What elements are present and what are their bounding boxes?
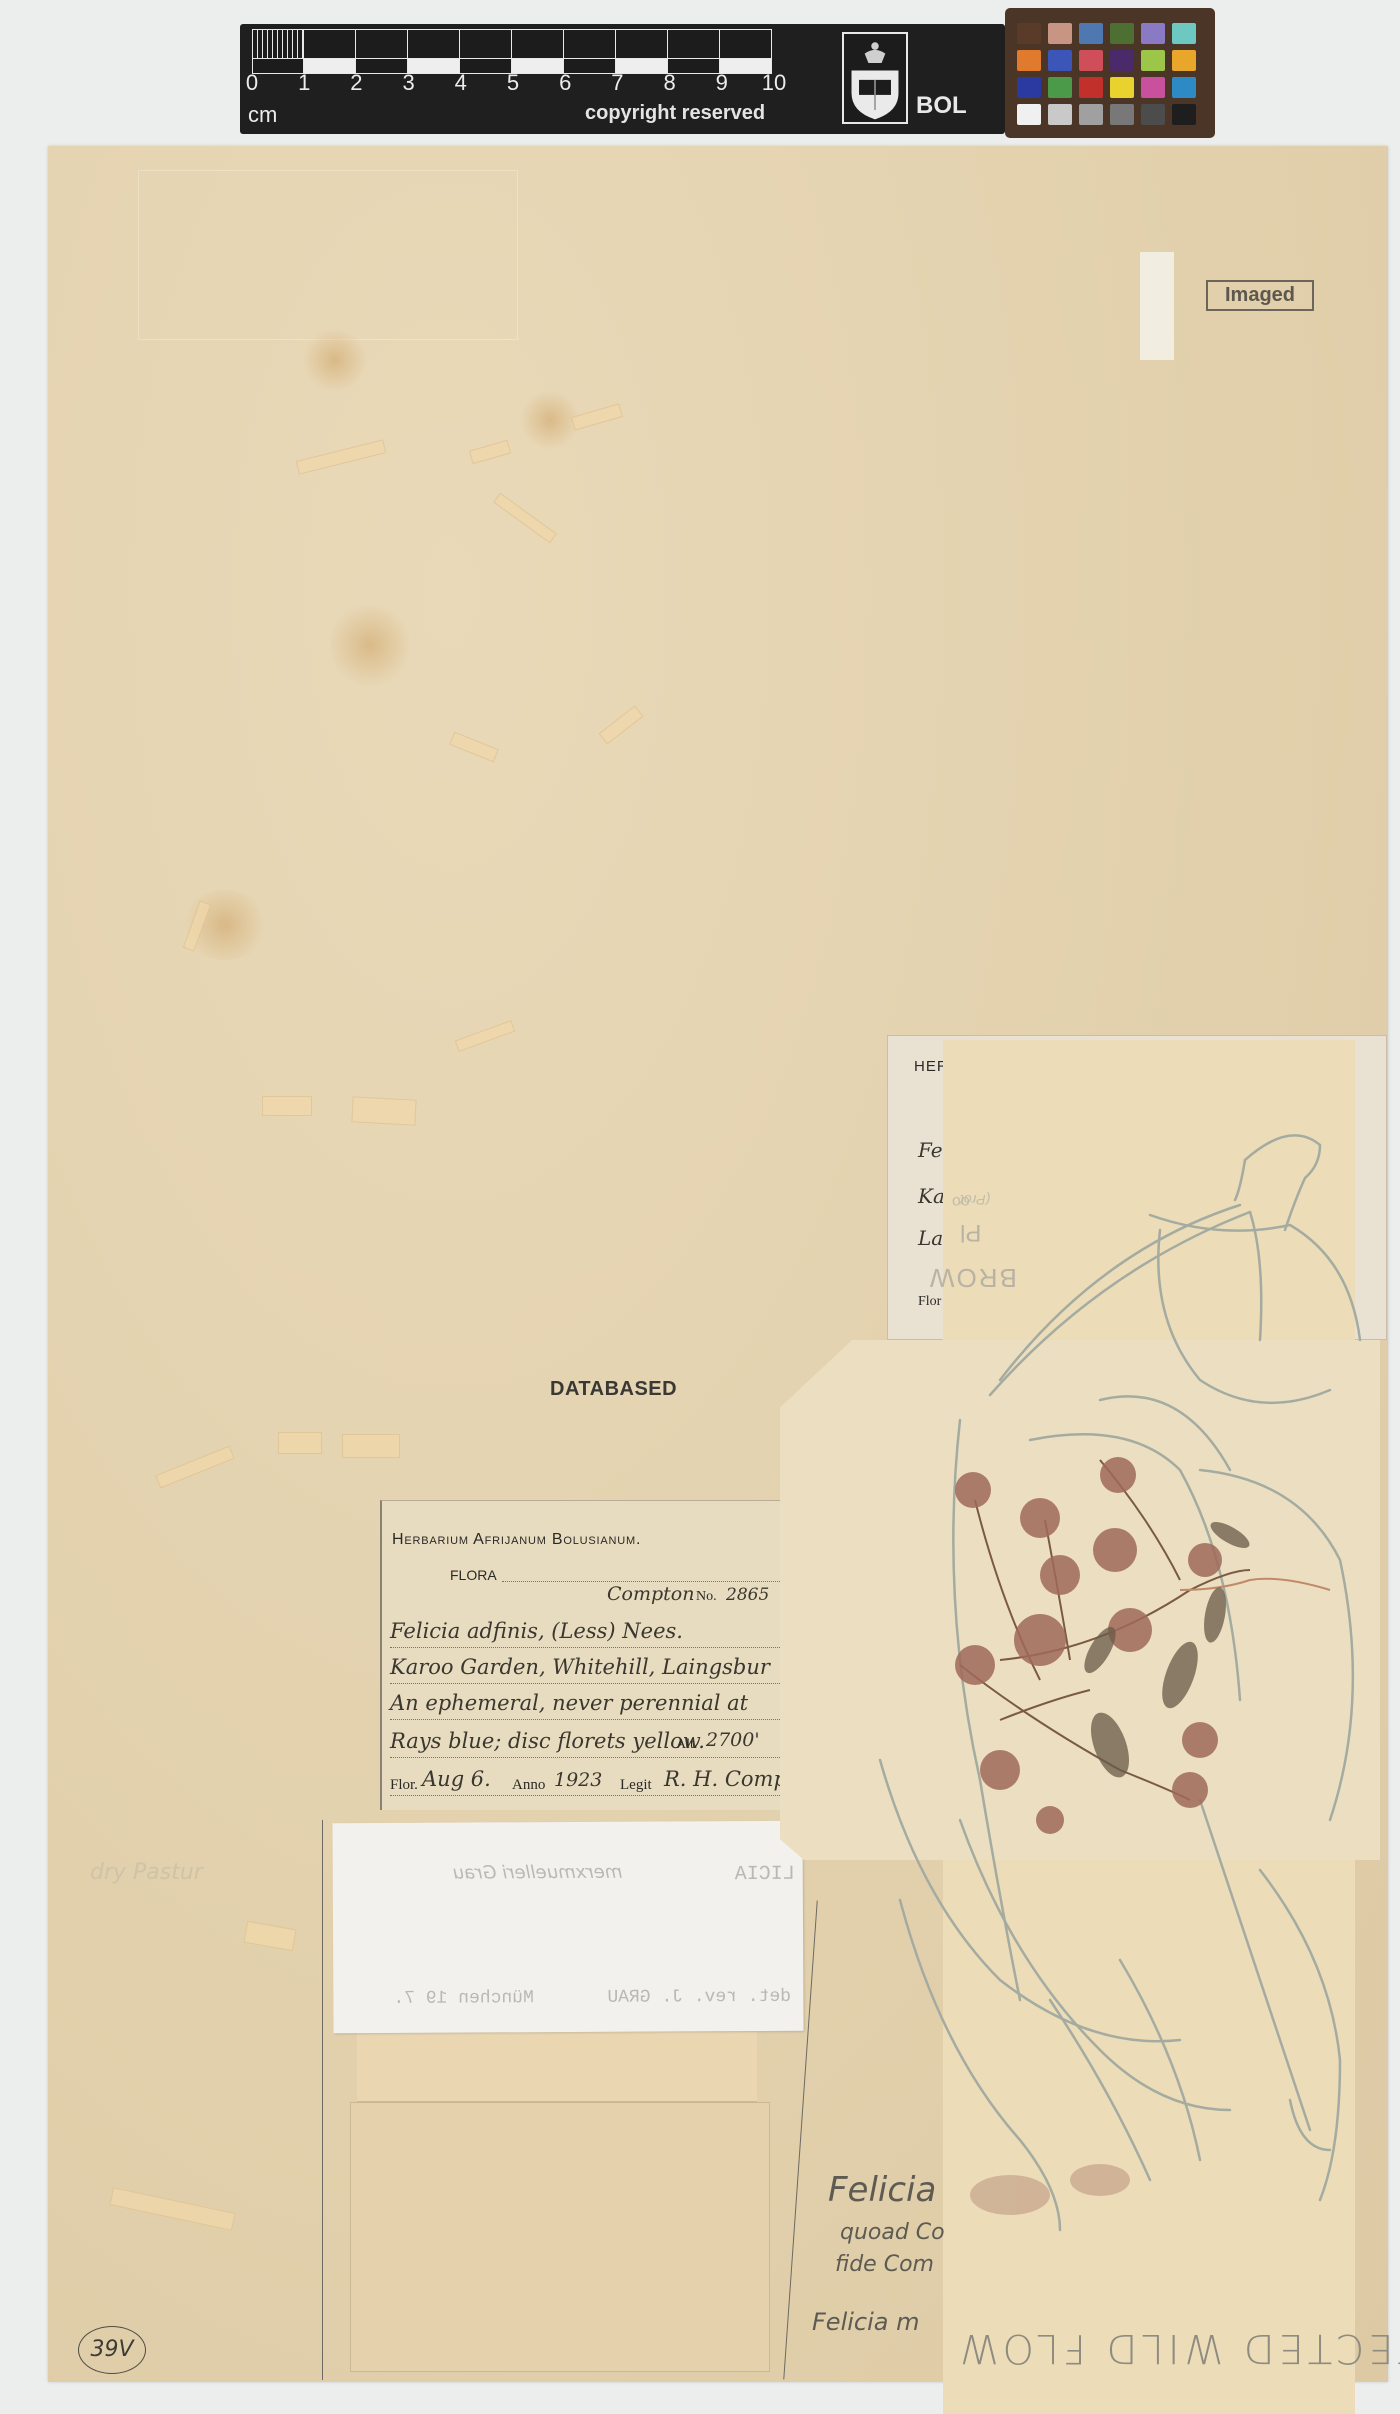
color-checker-card <box>1005 8 1215 138</box>
mirrored-epithet: merxmuelleri Grau <box>453 1862 623 1884</box>
flowering-date: Aug 6. <box>422 1767 491 1791</box>
altitude-value: 2700' <box>706 1729 760 1751</box>
tick-label: 0 <box>246 70 258 96</box>
habit-notes: An ephemeral, never perennial at <box>390 1691 748 1715</box>
color-swatch <box>1141 23 1165 44</box>
color-swatch <box>1141 50 1165 71</box>
color-swatch <box>1141 77 1165 98</box>
color-swatch <box>1110 77 1134 98</box>
databased-stamp: DATABASED <box>550 1378 677 1401</box>
university-crest-icon <box>842 32 908 124</box>
mounting-tape <box>342 1434 400 1458</box>
color-swatch <box>1079 77 1103 98</box>
tick-label: 3 <box>402 70 414 96</box>
faint-mount-outline <box>138 170 518 340</box>
determination-label-munich: LICIA merxmuelleri Grau München 19 7. de… <box>332 1821 803 2033</box>
color-swatch <box>1079 104 1103 125</box>
tape-strip <box>1140 252 1174 360</box>
dotted-line <box>390 1719 790 1720</box>
legit-label: Legit <box>620 1777 652 1794</box>
tick-label: 9 <box>716 70 728 96</box>
description: Rays blue; disc florets yellow. <box>390 1729 705 1753</box>
tick-label: 10 <box>762 70 786 96</box>
color-swatch <box>1172 77 1196 98</box>
ruler-tick-labels: 012345678910 <box>246 70 806 94</box>
cm-ruler <box>252 29 774 75</box>
collector-name-handwritten: Compton <box>607 1583 694 1605</box>
flor-label: Flor. <box>390 1777 418 1794</box>
dotted-line <box>390 1757 790 1758</box>
stain <box>300 330 370 390</box>
color-swatch <box>1048 104 1072 125</box>
faint-pencil-note: dry Pastur <box>90 1860 203 1885</box>
pencil-determination: Felicia m <box>812 2308 919 2336</box>
collection-year: 1923 <box>554 1769 602 1791</box>
unit-label: cm <box>248 102 277 128</box>
tick-label: 4 <box>455 70 467 96</box>
scale-bar: 012345678910 cm copyright reserved BOL <box>240 24 1005 134</box>
seed-packet <box>350 2102 770 2372</box>
label-heading: Herbarium Afrijanum Bolusianum. <box>392 1531 641 1549</box>
mounting-tape <box>351 1096 416 1125</box>
color-swatch <box>1172 50 1196 71</box>
mirrored-footer-text: TECTED WILD FLOW <box>955 2325 1400 2371</box>
dotted-line <box>390 1795 790 1796</box>
tick-label: 1 <box>298 70 310 96</box>
collection-number: 2865 <box>726 1585 769 1605</box>
altitude-label: Alt. <box>676 1737 697 1753</box>
ruler-top-row <box>252 29 772 59</box>
color-swatch <box>1079 50 1103 71</box>
color-swatch <box>1110 50 1134 71</box>
institution-code: BOL <box>916 92 967 120</box>
anno-label: Anno <box>512 1777 545 1794</box>
tick-label: 6 <box>559 70 571 96</box>
mirrored-place-date: München 19 7. <box>393 1988 534 2009</box>
number-label: No. <box>696 1589 717 1605</box>
mounting-tape <box>262 1096 312 1116</box>
seed-packet-flap <box>357 2032 757 2102</box>
pencil-outline <box>322 1820 323 2380</box>
imaged-stamp: Imaged <box>1206 280 1314 311</box>
color-swatch <box>1017 50 1041 71</box>
tick-label: 8 <box>663 70 675 96</box>
dotted-line <box>390 1647 790 1648</box>
color-swatch <box>1048 77 1072 98</box>
dotted-line <box>502 1581 790 1582</box>
copyright-text: copyright reserved <box>585 102 765 125</box>
color-swatch <box>1017 104 1041 125</box>
mirrored-determiner: det. rev. J. GRAU <box>608 1987 792 2008</box>
locality: Karoo Garden, Whitehill, Laingsbur <box>390 1655 770 1679</box>
color-swatch <box>1079 23 1103 44</box>
tick-label: 5 <box>507 70 519 96</box>
color-swatch <box>1110 104 1134 125</box>
pencil-determination: quoad Co <box>840 2220 945 2245</box>
pencil-determination: fide Com <box>835 2252 934 2277</box>
collector: R. H. Compto <box>664 1767 790 1791</box>
sheet-number: 39V <box>78 2326 146 2374</box>
color-swatch <box>1017 77 1041 98</box>
color-swatch <box>1172 23 1196 44</box>
tick-label: 7 <box>611 70 623 96</box>
dotted-line <box>390 1683 790 1684</box>
color-swatch <box>1172 104 1196 125</box>
pencil-determination: Felicia <box>828 2170 936 2210</box>
taxon-name: Felicia adfinis, (Less) Nees. <box>390 1619 683 1643</box>
flora-label: FLORA <box>450 1567 497 1583</box>
color-swatch <box>1048 50 1072 71</box>
color-swatch <box>1110 23 1134 44</box>
color-swatch <box>1141 104 1165 125</box>
color-swatch <box>1017 23 1041 44</box>
herbarium-label-bolus: Herbarium Afrijanum Bolusianum. FLORA Co… <box>380 1500 790 1810</box>
mounting-tape <box>278 1432 322 1454</box>
tick-label: 2 <box>350 70 362 96</box>
color-swatch <box>1048 23 1072 44</box>
stain <box>330 600 410 690</box>
